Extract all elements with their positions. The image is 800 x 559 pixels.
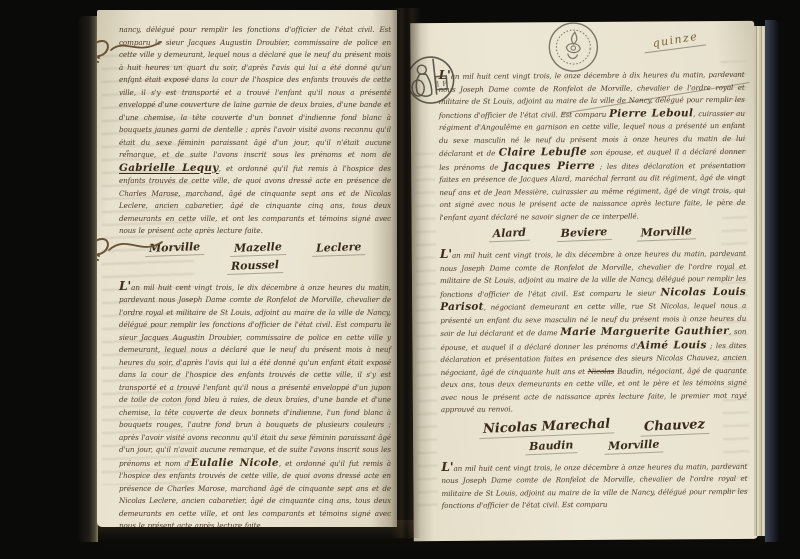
register-entry: L'an mil huit cent vingt trois, le onze … bbox=[441, 458, 747, 512]
entry-text: L'an mil huit cent vingt trois, le dix d… bbox=[119, 280, 391, 528]
entry-text: L'an mil huit cent vingt trois, le onze … bbox=[441, 458, 747, 512]
register-entry: L'an mil huit cent vingt trois, le dix d… bbox=[440, 246, 747, 455]
signature: Baudin bbox=[525, 438, 578, 455]
signature: Leclere bbox=[312, 240, 366, 257]
entry-text: L'an mil huit cent vingt trois, le onze … bbox=[439, 67, 746, 224]
official-seal-icon bbox=[544, 21, 603, 77]
register-entry: L'an mil huit cent vingt trois, le dix d… bbox=[119, 280, 391, 528]
text-segment: L'an mil huit cent vingt trois, le onze … bbox=[441, 461, 747, 510]
signature-row: Nicolas MarechalChauvez bbox=[441, 417, 747, 436]
signature-row: BaudinMorville bbox=[441, 437, 747, 454]
register-entry: L'an mil huit cent vingt trois, le onze … bbox=[439, 67, 746, 242]
text-segment: Nicolas bbox=[588, 366, 615, 375]
book-cover-right bbox=[765, 20, 779, 542]
signature: Morville bbox=[637, 224, 697, 241]
stamp-denomination: 1 F bbox=[435, 80, 447, 89]
right-page-entries: L'an mil huit cent vingt trois, le onze … bbox=[439, 67, 748, 519]
signature: Morville bbox=[603, 437, 663, 454]
text-segment: Eulalie Nicole bbox=[191, 457, 279, 469]
left-page: ʼ ˮ ʼ nancy, délégué pour remplir les fo… bbox=[97, 10, 397, 527]
paraph-flourish-icon bbox=[97, 232, 163, 266]
ink-showthrough bbox=[415, 153, 438, 513]
signature: Mazelle bbox=[230, 240, 286, 257]
register-book: ʼ ˮ ʼ nancy, délégué pour remplir les fo… bbox=[78, 8, 779, 552]
signature: Alard bbox=[489, 226, 531, 243]
signature-row: AlardBeviereMorville bbox=[440, 225, 746, 242]
text-segment: Marie Marguerite Gauthier bbox=[560, 325, 729, 338]
signature: Chauvez bbox=[640, 416, 710, 436]
right-page: 1 F quinze L'an mil huit cent vingt troi… bbox=[410, 21, 758, 541]
text-segment: Pierre Leboul bbox=[609, 107, 693, 120]
signature: Nicolas Marechal bbox=[479, 416, 615, 439]
text-segment: Jacques Pierre bbox=[503, 159, 595, 172]
signature: Roussel bbox=[227, 258, 284, 275]
left-page-entries: nancy, délégué pour remplir les fonction… bbox=[119, 24, 391, 527]
text-segment: Aimé Louis bbox=[637, 339, 706, 351]
entry-text: L'an mil huit cent vingt trois, le dix d… bbox=[440, 246, 747, 417]
book-binding-left bbox=[78, 16, 98, 542]
signature: Beviere bbox=[556, 225, 611, 242]
text-segment: L'an mil huit cent vingt trois, le dix d… bbox=[119, 283, 391, 468]
text-segment: , et ordonné qu'il fut remis à l'hospice… bbox=[119, 164, 391, 236]
text-segment: Gabrielle Lequy bbox=[119, 162, 219, 174]
photo-background: ʼ ˮ ʼ nancy, délégué pour remplir les fo… bbox=[0, 0, 800, 559]
text-segment: Claire Lebufle bbox=[499, 146, 587, 159]
revenue-stamp-icon: 1 F bbox=[410, 47, 459, 113]
paraph-flourish-icon bbox=[97, 34, 163, 68]
